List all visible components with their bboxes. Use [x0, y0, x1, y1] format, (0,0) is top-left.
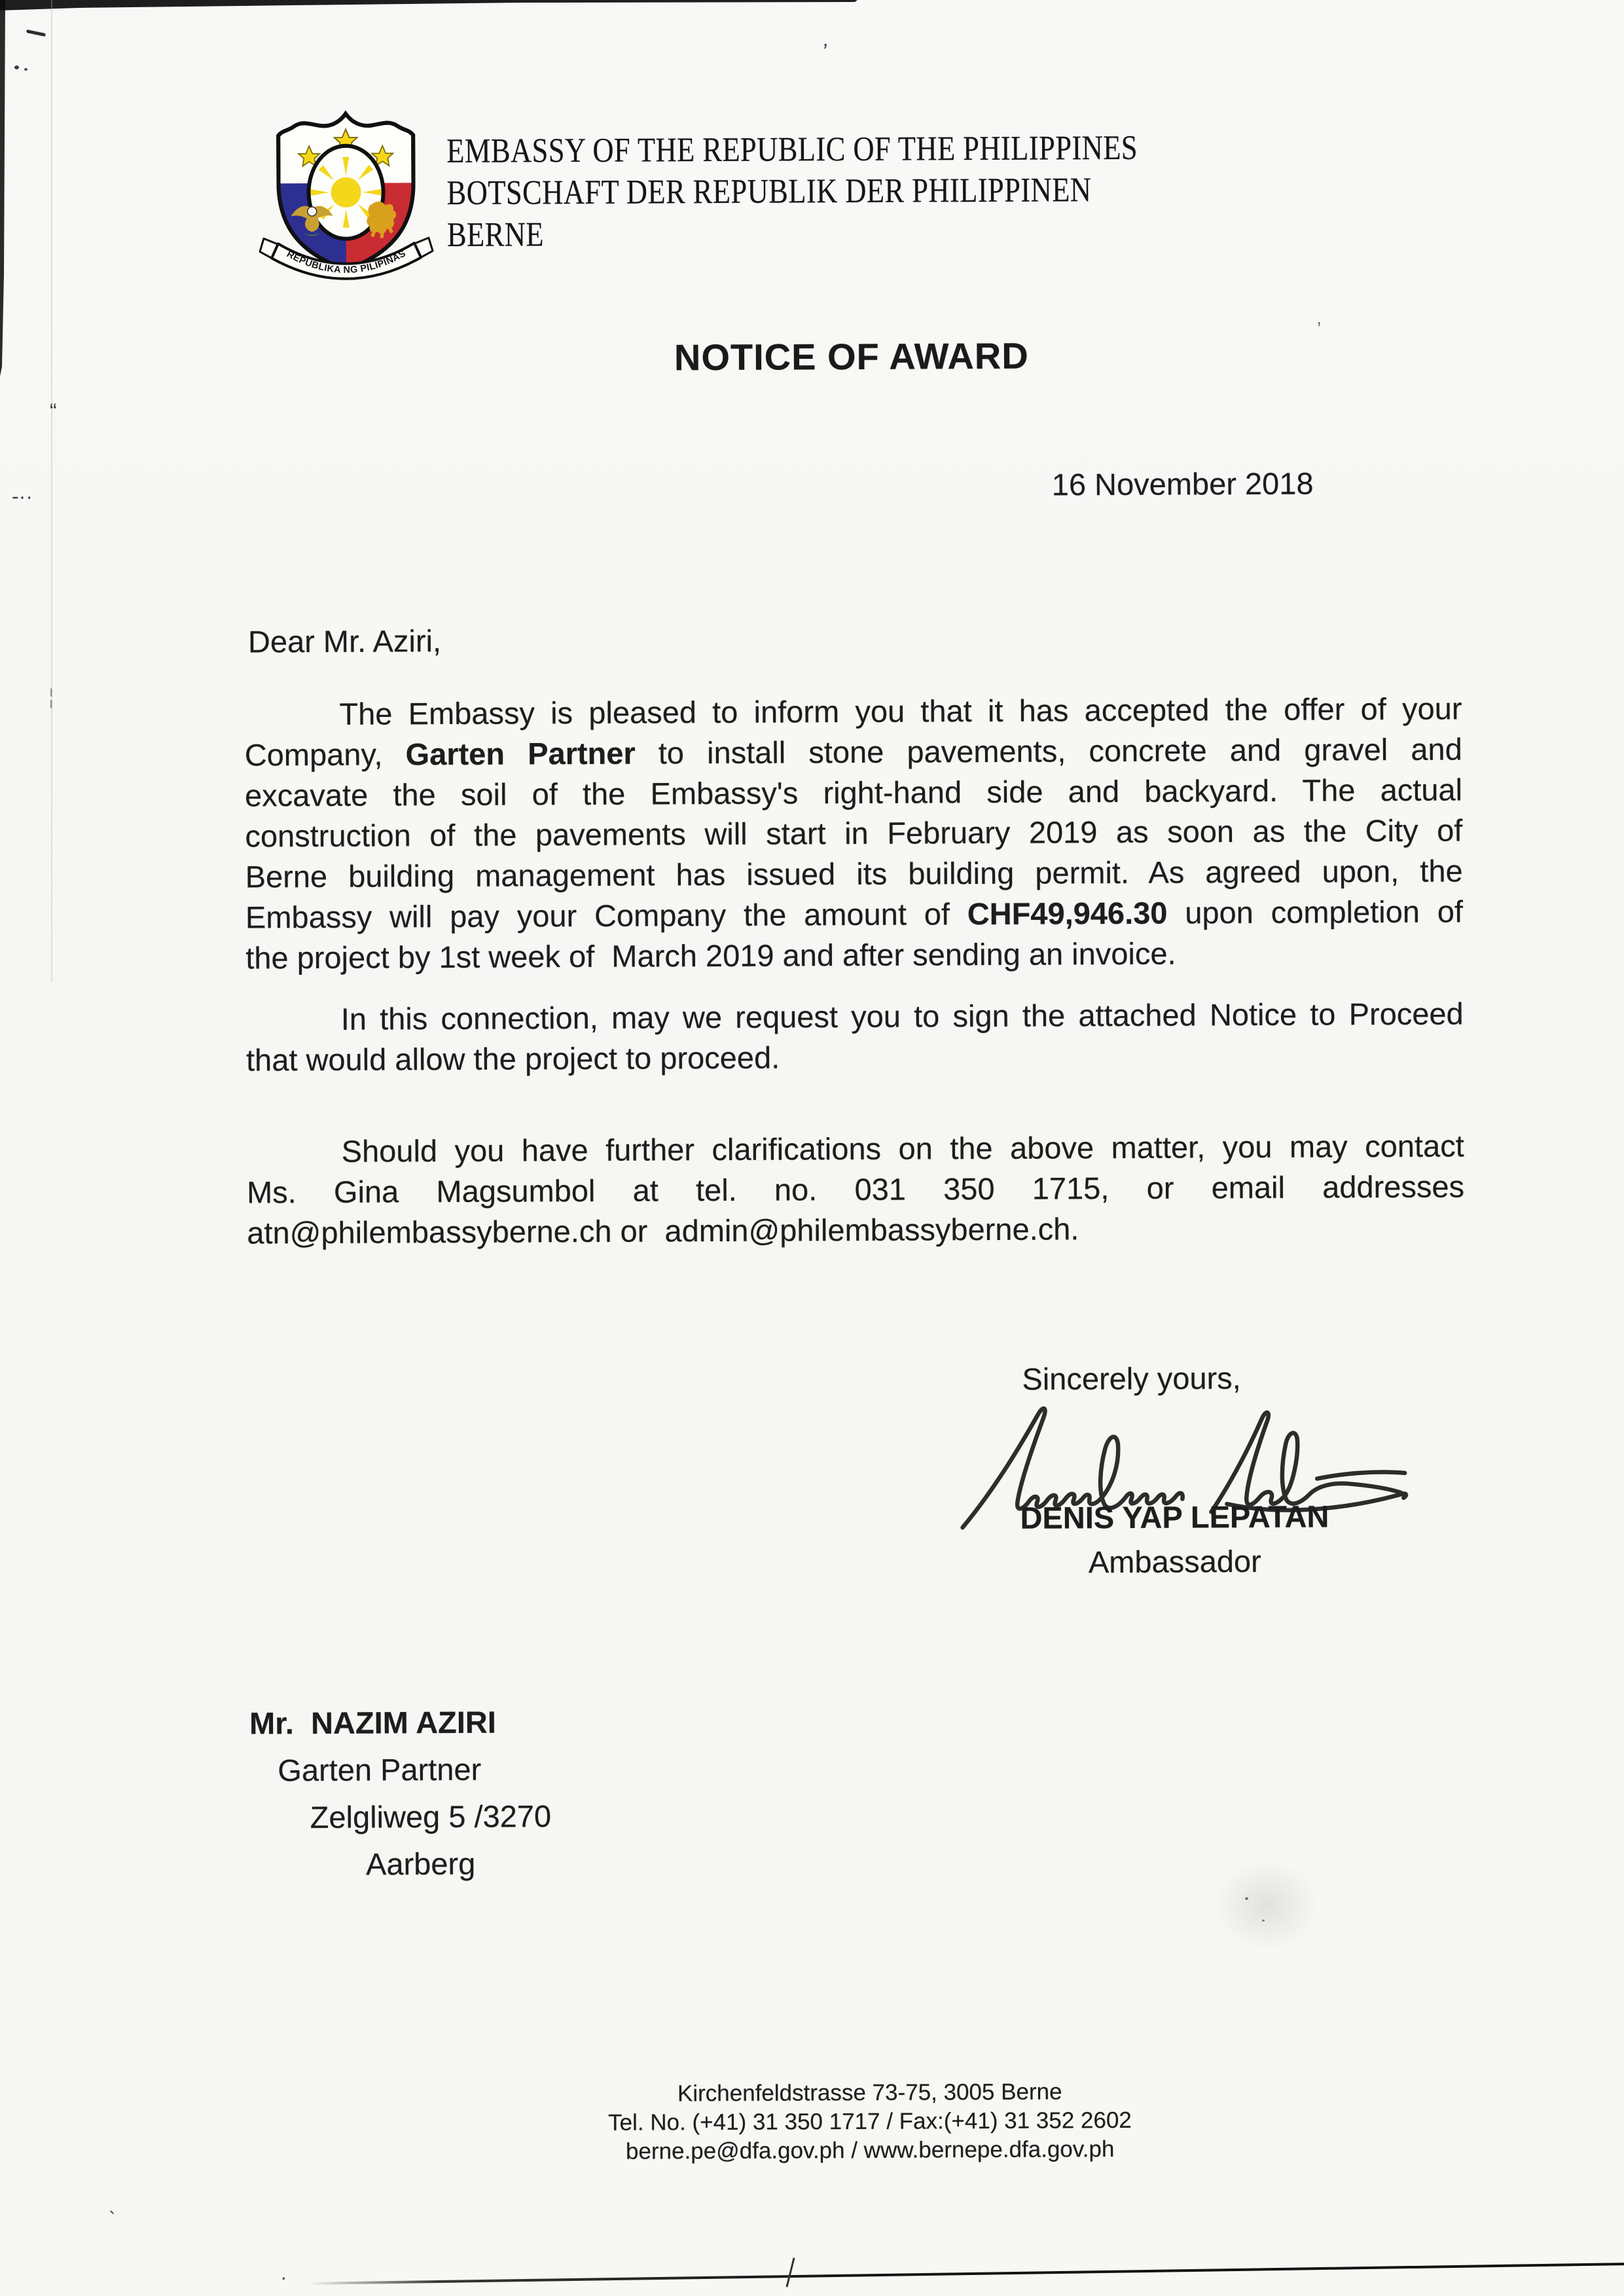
body-line: Should you have further clarifications o…: [247, 1125, 1464, 1172]
letterhead-org-name-de: BOTSCHAFT DER REPUBLIK DER PHILIPPINEN: [446, 169, 1138, 214]
letter-date: 16 November 2018: [1052, 465, 1314, 503]
scanned-letter-page: REPUBLIKA NG PILIPINAS EMBASSY OF THE RE…: [0, 0, 1624, 2296]
salutation: Dear Mr. Aziri,: [248, 623, 441, 659]
body-line: the project by 1st week of March 2019 an…: [245, 932, 1463, 978]
closing-block: Sincerely yours, DENIS YAP LEPATAN Ambas…: [990, 1359, 1358, 1610]
body-paragraph: In this connection, may we request you t…: [246, 993, 1464, 1080]
body-paragraph: The Embassy is pleased to inform you tha…: [244, 688, 1463, 978]
scan-artifact-speck: ¦: [48, 686, 54, 707]
recipient-line: Garten Partner: [249, 1745, 551, 1794]
body-line: Embassy will pay your Company the amount…: [245, 891, 1463, 938]
text-segment: Ms. Gina Magsumbol at tel. no. 031 350 1…: [247, 1169, 1464, 1209]
text-segment: upon completion of: [1167, 894, 1463, 930]
text-segment: excavate the soil of the Embassy's right…: [245, 772, 1462, 812]
body-line: excavate the soil of the Embassy's right…: [245, 769, 1462, 816]
body-line: Ms. Gina Magsumbol at tel. no. 031 350 1…: [247, 1166, 1464, 1212]
text-segment: In this connection, may we request you t…: [341, 996, 1464, 1036]
footer: Kirchenfeldstrasse 73-75, 3005 BerneTel.…: [261, 2075, 1479, 2168]
body-line: The Embassy is pleased to inform you tha…: [244, 688, 1462, 735]
signer-title: Ambassador: [992, 1542, 1358, 1580]
recipient-block: Mr. NAZIM AZIRIGarten PartnerZelgliweg 5…: [249, 1698, 552, 1888]
recipient-line: Aarberg: [250, 1840, 552, 1888]
text-segment: that would allow the project to proceed.: [246, 1040, 780, 1078]
text-segment: construction of the pavements will start…: [245, 812, 1462, 853]
text-segment: Embassy will pay your Company the amount…: [245, 896, 967, 934]
body-line: In this connection, may we request you t…: [246, 993, 1464, 1040]
body-paragraph: Should you have further clarifications o…: [247, 1125, 1465, 1253]
body-line: construction of the pavements will start…: [245, 810, 1462, 856]
scan-artifact-dash: [26, 29, 46, 37]
scan-artifact-speck: “: [50, 401, 57, 422]
scan-artifact-left-band: [0, 0, 5, 376]
text-segment: The Embassy is pleased to inform you tha…: [339, 691, 1462, 731]
body-line: that would allow the project to proceed.: [246, 1034, 1464, 1080]
text-segment: Should you have further clarifications o…: [342, 1128, 1464, 1168]
signer-name: DENIS YAP LEPATAN: [991, 1498, 1358, 1536]
body-line: Berne building management has issued its…: [245, 850, 1463, 897]
scan-artifact-streak: [51, 0, 52, 982]
text-segment: Berne building management has issued its…: [245, 853, 1463, 894]
letterhead-city: BERNE: [447, 211, 1138, 256]
philippine-coat-of-arms-seal-icon: REPUBLIKA NG PILIPINAS: [257, 105, 435, 302]
text-segment: CHF49,946.30: [967, 896, 1168, 931]
text-segment: atn@philembassyberne.ch or admin@philemb…: [247, 1211, 1079, 1250]
text-segment: to install stone pavements, concrete and…: [636, 731, 1462, 770]
document-title: NOTICE OF AWARD: [243, 332, 1460, 380]
scan-artifact-speck: `: [109, 2209, 116, 2230]
valediction: Sincerely yours,: [1022, 1360, 1241, 1397]
text-segment: Company,: [245, 737, 406, 772]
body-line: atn@philembassyberne.ch or admin@philemb…: [247, 1207, 1464, 1253]
body-line: Company, Garten Partner to install stone…: [245, 729, 1462, 775]
letterhead-org-name-en: EMBASSY OF THE REPUBLIC OF THE PHILIPPIN…: [446, 127, 1138, 172]
letter-content: REPUBLIKA NG PILIPINAS EMBASSY OF THE RE…: [241, 0, 1470, 2296]
recipient-line: Mr. NAZIM AZIRI: [249, 1698, 551, 1747]
letter-body: The Embassy is pleased to inform you tha…: [244, 688, 1464, 1274]
text-segment: Garten Partner: [405, 736, 635, 772]
text-segment: the project by 1st week of March 2019 an…: [245, 936, 1176, 975]
letterhead-text-block: EMBASSY OF THE REPUBLIC OF THE PHILIPPIN…: [446, 127, 1138, 256]
recipient-line: Zelgliweg 5 /3270: [250, 1793, 552, 1841]
footer-line: berne.pe@dfa.gov.ph / www.bernepe.dfa.go…: [261, 2133, 1479, 2168]
scan-artifact-dots: [14, 65, 19, 69]
scan-artifact-speck: -··: [12, 486, 33, 507]
